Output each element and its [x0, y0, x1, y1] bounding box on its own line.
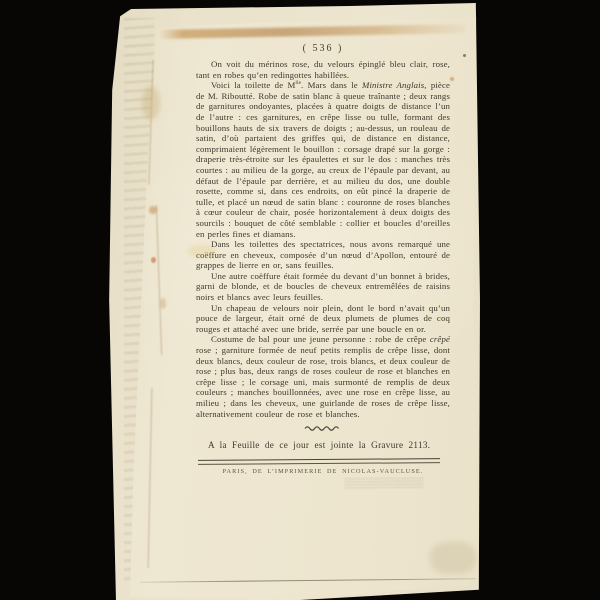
body-paragraphs: On voit du mérinos rose, du velours épin…	[196, 59, 450, 419]
stain-spot	[188, 245, 216, 257]
stain-spot	[142, 86, 160, 120]
paper-page: ( 536 ) On voit du mérinos rose, du velo…	[125, 15, 480, 600]
paragraph: Un chapeau de velours noir plein, dont l…	[196, 303, 450, 335]
printed-text-column: ( 536 ) On voit du mérinos rose, du velo…	[196, 43, 450, 475]
paragraph: On voit du mérinos rose, du velours épin…	[196, 59, 450, 80]
paragraph: Une autre coëffure était formée du devan…	[196, 271, 450, 303]
paragraph: Costume de bal pour une jeune personne :…	[196, 334, 450, 419]
stain-spot	[463, 54, 466, 57]
printer-imprint: PARIS, DE L’IMPRIMERIE DE NICOLAS-VAUCLU…	[196, 468, 450, 475]
stain-spot	[160, 298, 166, 309]
ink-showthrough	[344, 476, 424, 489]
squiggle-divider-icon	[303, 424, 343, 432]
page-number: ( 536 )	[196, 43, 450, 54]
stain-spot	[450, 77, 454, 81]
double-rule-divider	[198, 458, 440, 465]
stain-spot	[149, 206, 157, 214]
announcement-line: A la Feuille de ce jour est jointe la Gr…	[196, 440, 450, 451]
paragraph: Voici la toilette de Mlle. Mars dans le …	[196, 80, 450, 239]
scanned-page-scene: ( 536 ) On voit du mérinos rose, du velo…	[0, 0, 600, 600]
stain-spot	[151, 257, 156, 263]
paragraph: Dans les toilettes des spectatrices, nou…	[196, 239, 450, 271]
stain-spot	[430, 542, 476, 574]
